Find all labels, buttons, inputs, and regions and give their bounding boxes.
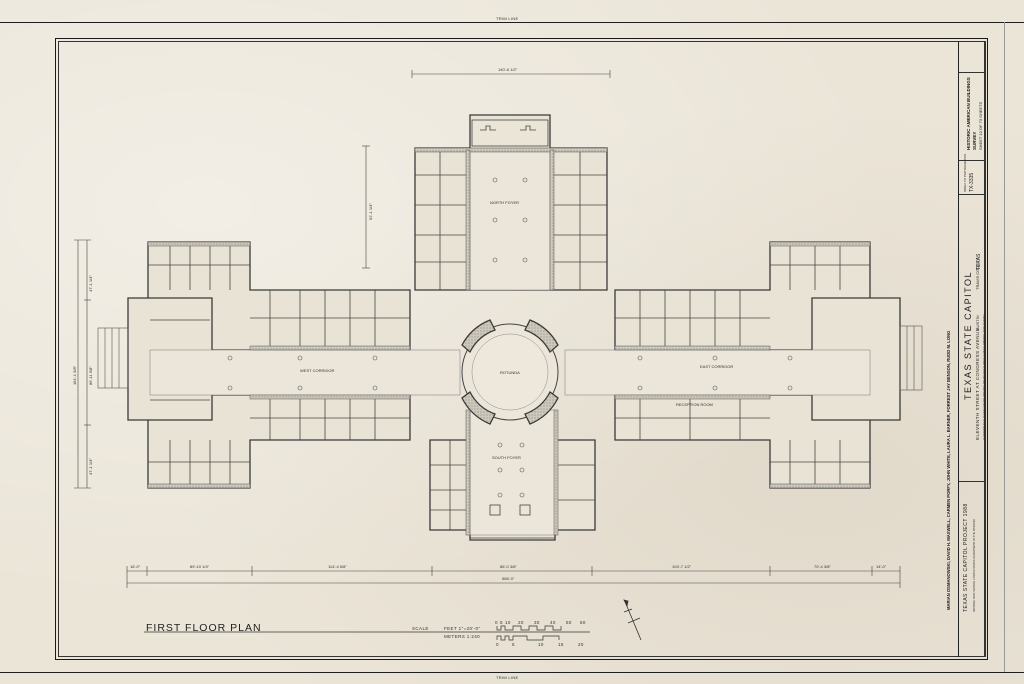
scale-meter-tick: 20	[578, 642, 584, 647]
scale-feet-tick: 0	[495, 620, 498, 625]
dim-bottom-seg-2: 89'-10 1/4"	[190, 564, 209, 569]
project-name: TEXAS STATE CAPITOL PROJECT 1988	[963, 503, 969, 612]
scale-feet-tick: 30	[534, 620, 540, 625]
dim-bottom-seg-6: 70'-4 3/8"	[814, 564, 831, 569]
survey-number-label: INDEX TO PHOTOGRAPHS	[963, 154, 967, 192]
floor-plan-drawing	[0, 0, 1024, 684]
east-corridor-label: EAST CORRIDOR	[700, 364, 733, 369]
scale-feet-tick: 10	[505, 620, 511, 625]
scale-feet-tick: 5	[500, 620, 503, 625]
dim-bottom-seg-4: 86'-0 3/8"	[500, 564, 517, 569]
dim-bottom-overall: 566'-0"	[502, 576, 514, 581]
address: ELEVENTH STREET AT CONGRESS AVENUE	[975, 328, 980, 440]
delineators: MARIAN OSMANOWSKI, DAVID H. MAXWELL, CAR…	[946, 331, 951, 610]
scale-meter-tick: 0	[496, 642, 499, 647]
scale-meter-tick: 10	[538, 642, 544, 647]
scale-feet-tick: 60	[580, 620, 586, 625]
north-foyer-label: NORTH FOYER	[490, 200, 519, 205]
plan-title: FIRST FLOOR PLAN	[146, 622, 262, 634]
scale-feet-tick: 20	[518, 620, 524, 625]
dim-west-mid: 86'-11 5/8"	[88, 366, 93, 385]
project-note: NATIONAL PARK SERVICE / UNITED STATES DE…	[973, 519, 976, 612]
title-block-top-cell	[959, 41, 985, 73]
dim-bottom-seg-1: 16'-0"	[130, 564, 140, 569]
dim-north-wing-depth: 92'-1 1/4"	[368, 203, 373, 220]
fine-print: IF REPRODUCED, PLEASE CREDIT: HISTORIC A…	[983, 314, 986, 440]
east-room-label: RECEPTION ROOM	[676, 402, 713, 407]
scale-meter-tick: 15	[558, 642, 564, 647]
building-name: TEXAS STATE CAPITOL	[963, 271, 973, 400]
dim-west-overall: 181'-1 3/8"	[72, 366, 77, 385]
survey-number: TX-3335	[969, 173, 975, 192]
scale-meter-tick: 5	[512, 642, 515, 647]
scale-feet-tick: 50	[566, 620, 572, 625]
west-corridor-label: WEST CORRIDOR	[300, 368, 334, 373]
dim-west-top: 47'-1 1/4"	[88, 275, 93, 292]
survey-name: HISTORIC AMERICAN BUILDINGS SURVEY	[966, 70, 978, 150]
scale-meters-label: METERS 1:240	[444, 634, 480, 639]
scale-feet-label: FEET 1"=20'-0"	[444, 626, 480, 631]
dim-top-overall: 140'-6 1/2"	[498, 67, 517, 72]
scale-label: SCALE	[412, 626, 429, 631]
north-arrow-icon	[624, 600, 641, 640]
dim-west-bottom: 47'-1 1/4"	[88, 458, 93, 475]
sheet-number: SHEET 10 OF 73 SHEETS	[978, 102, 983, 150]
county: TRAVIS COUNTY	[975, 258, 980, 290]
dim-bottom-seg-7: 14'-0"	[876, 564, 886, 569]
scale-feet-tick: 40	[550, 620, 556, 625]
south-foyer-label: SOUTH FOYER	[492, 455, 521, 460]
dim-bottom-seg-5: 104'-7 1/2"	[672, 564, 691, 569]
dim-bottom-seg-3: 114'-4 5/8"	[328, 564, 347, 569]
rotunda-label: ROTUNDA	[500, 370, 520, 375]
